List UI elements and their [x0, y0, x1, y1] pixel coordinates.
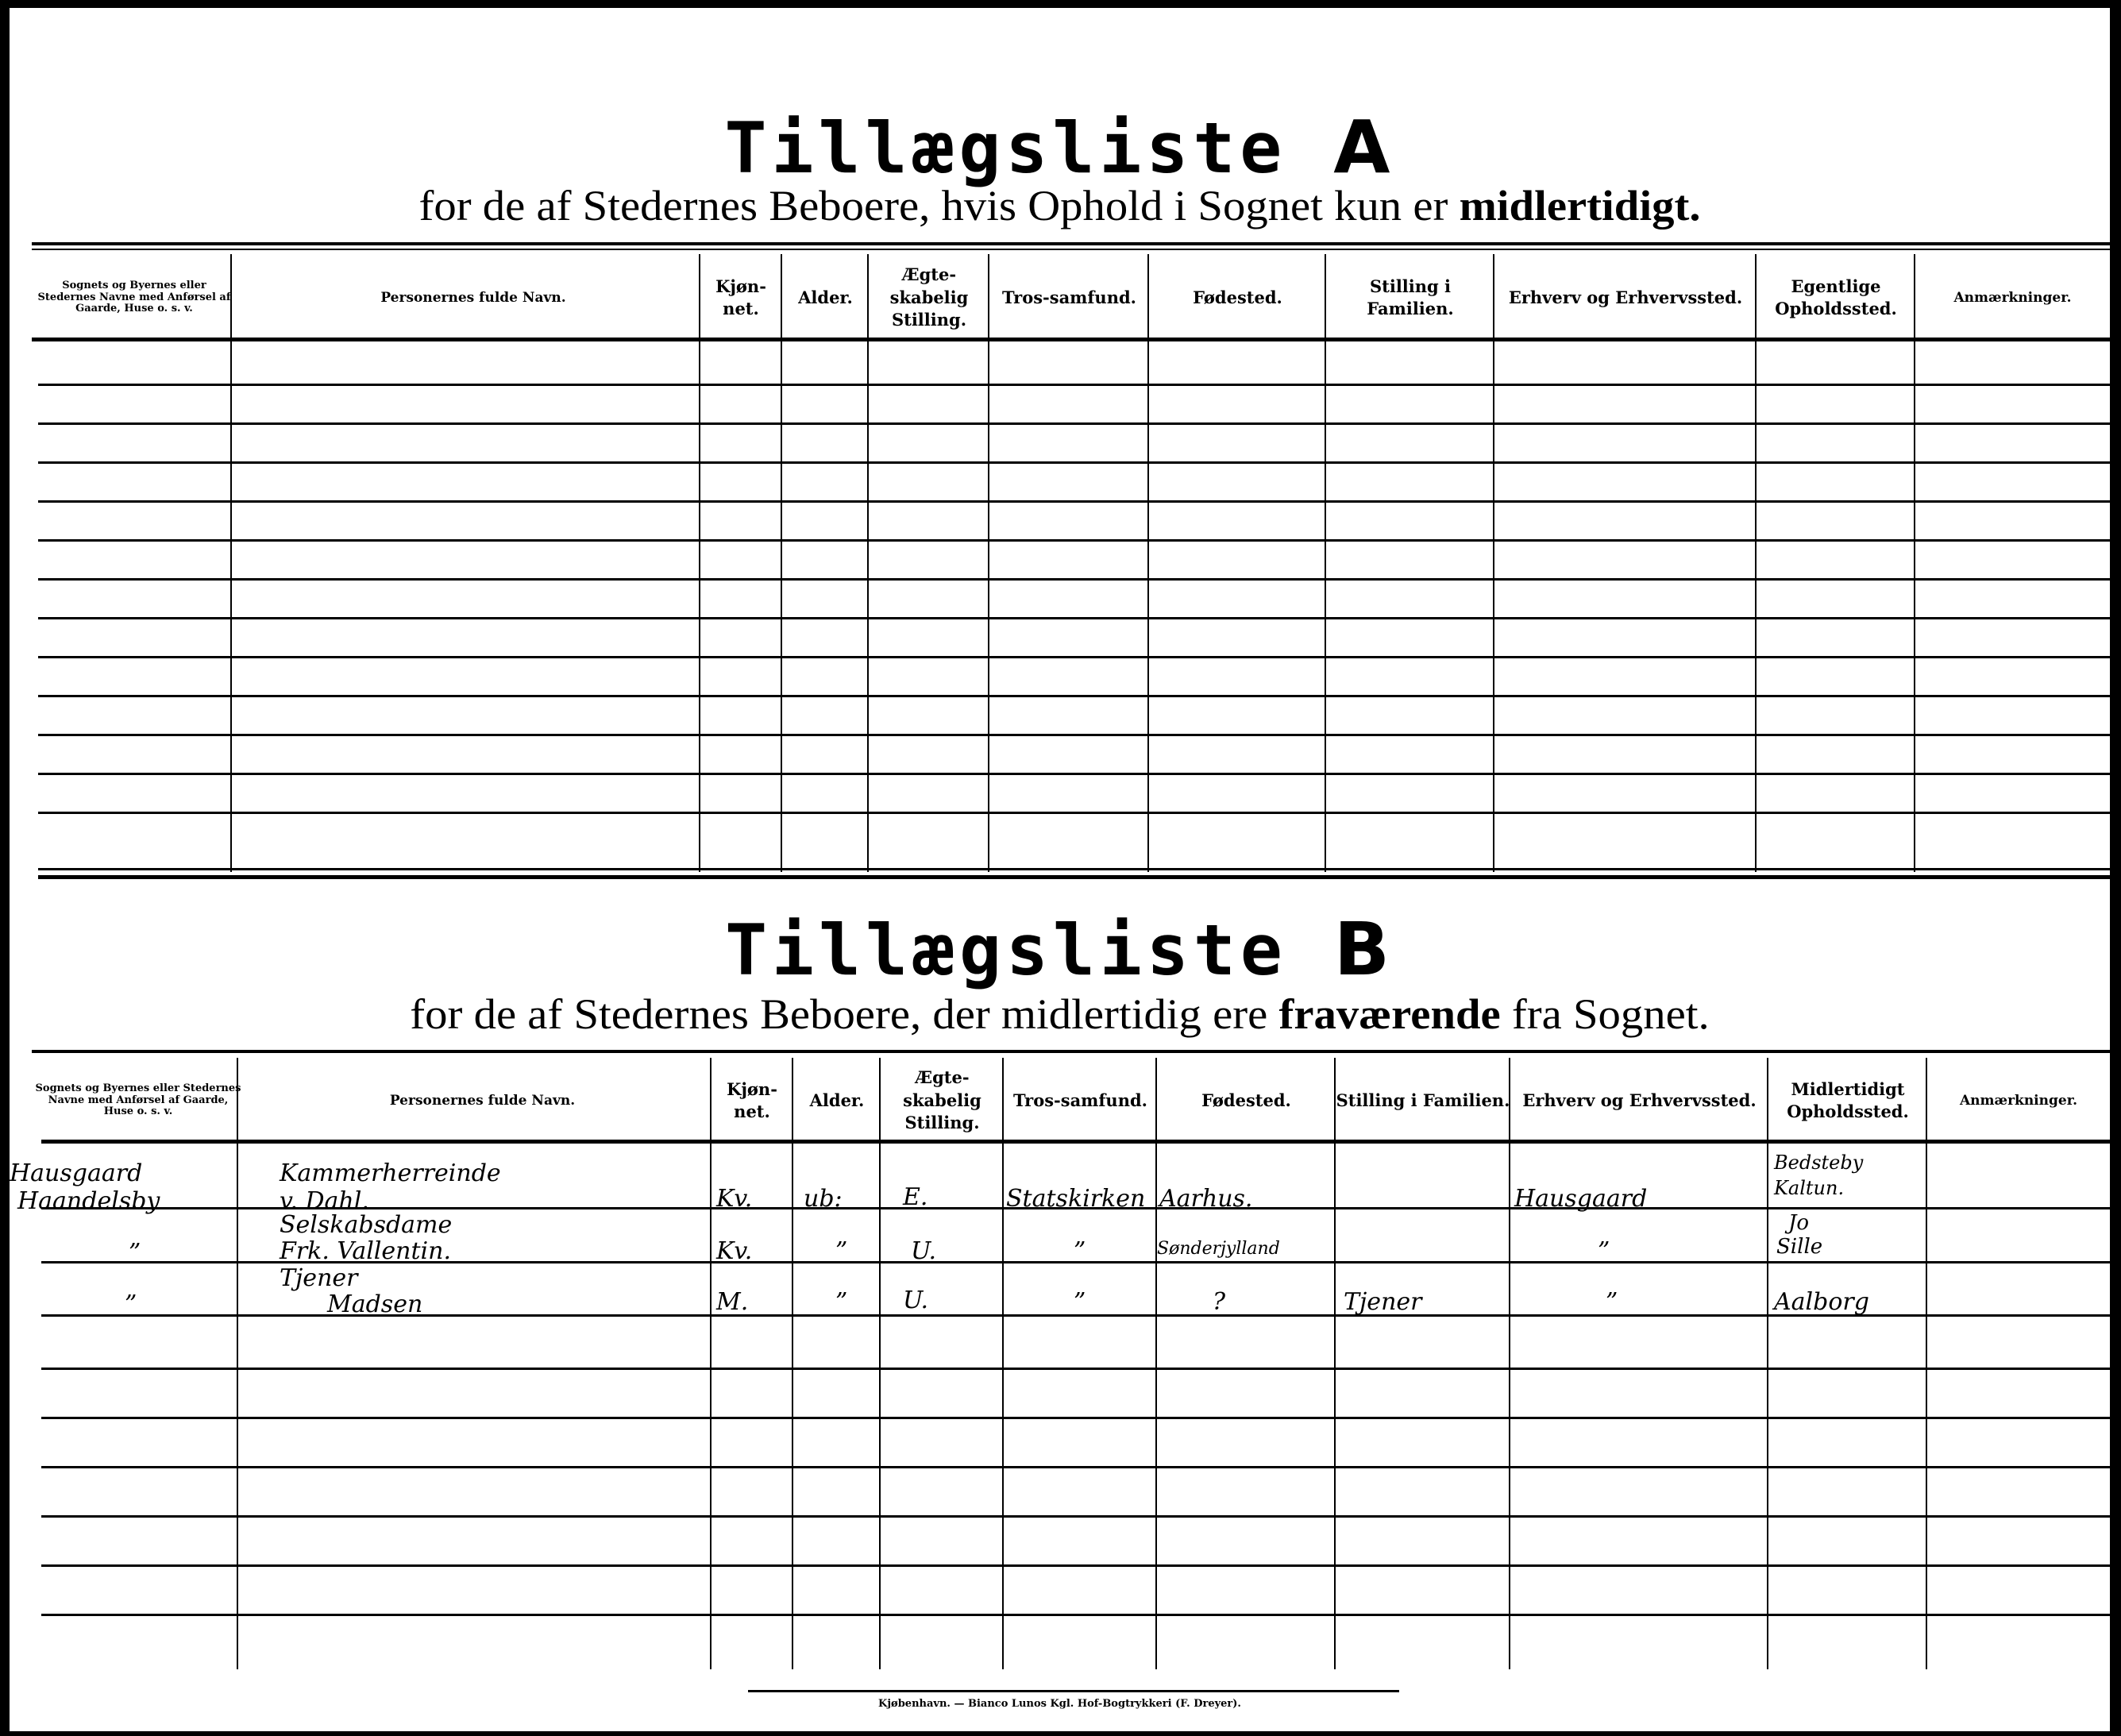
list-b-subtitle: for de af Stedernes Beboere, der midlert… [0, 993, 2121, 1036]
list-a-col-occupation: Erhverv og Erhvervssted. [1494, 258, 1757, 338]
list-b-row-line [41, 1515, 2110, 1518]
list-b-row-line [41, 1614, 2110, 1616]
list-a-row-line [38, 422, 2110, 425]
list-b-col-marital: Ægte-skabelig Stilling. [881, 1063, 1004, 1139]
row3-faith: ” [1074, 1288, 1086, 1316]
row2-temp-residence-line1: Jo [1788, 1211, 1809, 1235]
list-b-subtitle-bold: fraværende [1278, 990, 1500, 1038]
census-form-page: Tillægsliste A for de af Stedernes Beboe… [10, 8, 2110, 1731]
row2-occupation: ” [1598, 1237, 1610, 1265]
list-a-col-age: Alder. [782, 258, 869, 338]
list-a-col-residence: Egentlige Opholdssted. [1757, 258, 1915, 338]
list-a-row-line [38, 578, 2110, 581]
row2-marital: U. [911, 1237, 936, 1265]
list-a-row-line [38, 384, 2110, 386]
list-a-col-birthplace: Fødested. [1149, 258, 1326, 338]
list-b-title: Tillægsliste B [10, 913, 2110, 986]
list-a-row-line [38, 734, 2110, 736]
list-a-top-rule-thin [32, 249, 2110, 250]
list-b-row-line [41, 1368, 2110, 1370]
row1-sex: Kv. [716, 1185, 752, 1213]
list-b-vline [710, 1058, 711, 1669]
row1-marital: E. [903, 1183, 927, 1211]
list-a-col-family-position: Stilling i Familien. [1326, 258, 1494, 338]
list-a-top-rule [32, 242, 2110, 245]
row3-sex: M. [716, 1288, 748, 1316]
list-b-col-faith: Tros-samfund. [1004, 1063, 1157, 1139]
list-a-header-rule [32, 338, 2110, 341]
list-b-col-family-position: Stilling i Familien. [1336, 1063, 1510, 1139]
list-b-header-rule [41, 1140, 2110, 1144]
list-a-col-name: Personernes fulde Navn. [240, 258, 707, 338]
list-b-col-occupation: Erhverv og Erhvervssted. [1510, 1063, 1768, 1139]
printer-footer: Kjøbenhavn. — Bianco Lunos Kgl. Hof-Bogt… [10, 1698, 2110, 1710]
footer-rule [748, 1690, 1399, 1692]
list-b-col-remarks: Anmærkninger. [1927, 1063, 2110, 1139]
list-a-vline [1914, 254, 1915, 872]
list-b-vline [1926, 1058, 1927, 1669]
row2-faith: ” [1074, 1237, 1086, 1265]
list-b-row-line [41, 1417, 2110, 1419]
list-a-col-place: Sognets og Byernes eller Stedernes Navne… [32, 258, 237, 338]
list-a-row-line [38, 656, 2110, 658]
list-b-col-name: Personernes fulde Navn. [246, 1063, 719, 1139]
list-b-vline [237, 1058, 238, 1669]
row1-name-line1: Kammerherreinde [280, 1159, 501, 1187]
list-a-vline [1325, 254, 1326, 872]
list-a-title: Tillægsliste A [10, 111, 2110, 184]
row3-place: ” [125, 1290, 137, 1318]
row3-name-line1: Tjener [280, 1264, 357, 1292]
list-b-title-letter: B [1334, 907, 1394, 992]
row2-age: ” [835, 1237, 847, 1265]
list-b-vline [1002, 1058, 1004, 1669]
list-a-row-line [38, 500, 2110, 503]
list-b-title-text: Tillægsliste [725, 909, 1287, 991]
row3-occupation: ” [1606, 1288, 1618, 1316]
list-a-title-text: Tillægsliste [725, 107, 1287, 189]
list-a-bottom-rule-thick [38, 875, 2110, 879]
list-a-vline [988, 254, 989, 872]
list-a-vline [1755, 254, 1757, 872]
row1-faith: Statskirken [1006, 1185, 1145, 1213]
list-a-row-line [38, 773, 2110, 775]
list-b-row-line [41, 1466, 2110, 1468]
list-b-subtitle-text: for de af Stedernes Beboere, der midlert… [410, 990, 1278, 1038]
list-a-row-line [38, 617, 2110, 619]
list-a-col-faith: Tros-samfund. [989, 258, 1149, 338]
row2-name-line2: Frk. Vallentin. [280, 1237, 451, 1265]
row2-place: ” [129, 1239, 141, 1267]
row1-temp-residence-line1: Bedsteby [1774, 1152, 1863, 1174]
list-b-vline [1334, 1058, 1336, 1669]
list-b-col-birthplace: Fødested. [1157, 1063, 1336, 1139]
list-a-bottom-rule [38, 868, 2110, 870]
list-b-row-line [41, 1564, 2110, 1567]
row2-birthplace: Sønderjylland [1157, 1239, 1280, 1259]
row1-age: ub: [804, 1185, 843, 1213]
list-a-subtitle: for de af Stedernes Beboere, hvis Ophold… [0, 184, 2121, 227]
list-a-subtitle-bold: midlertidigt. [1460, 182, 1701, 230]
list-a-vline [781, 254, 782, 872]
list-b-vline [879, 1058, 881, 1669]
list-b-col-temp-residence: Midlertidigt Opholdssted. [1768, 1063, 1927, 1139]
row3-marital: U. [903, 1287, 928, 1314]
list-b-col-place: Sognets og Byernes eller Stedernes Navne… [32, 1063, 245, 1139]
row1-occupation: Hausgaard [1514, 1185, 1647, 1213]
row1-place-line1: Hausgaard [10, 1159, 142, 1187]
list-b-vline [792, 1058, 793, 1669]
list-b-col-sex: Kjøn-net. [711, 1063, 792, 1139]
list-b-top-rule [32, 1050, 2110, 1053]
list-a-vline [230, 254, 232, 872]
list-a-row-line [38, 539, 2110, 542]
list-a-title-letter: A [1333, 105, 1394, 190]
list-a-vline [867, 254, 869, 872]
row2-sex: Kv. [716, 1237, 752, 1265]
list-b-vline [1509, 1058, 1510, 1669]
row1-place-line2: Haandelsby [17, 1187, 160, 1215]
row3-birthplace: ? [1213, 1288, 1225, 1316]
list-a-col-sex: Kjøn-net. [700, 258, 781, 338]
row2-temp-residence-line2: Sille [1776, 1235, 1822, 1259]
list-b-subtitle-end: fra Sognet. [1501, 990, 1710, 1038]
row3-age: ” [835, 1288, 847, 1316]
list-b-col-age: Alder. [793, 1063, 881, 1139]
list-a-col-marital: Ægte-skabelig Stilling. [869, 258, 989, 338]
list-a-row-line [38, 461, 2110, 464]
row3-temp-residence: Aalborg [1774, 1288, 1869, 1316]
row1-birthplace: Aarhus. [1159, 1185, 1252, 1213]
list-a-vline [1493, 254, 1494, 872]
row3-family-position: Tjener [1344, 1288, 1421, 1316]
list-a-subtitle-text: for de af Stedernes Beboere, hvis Ophold… [418, 182, 1459, 230]
row3-name-line2: Madsen [327, 1290, 422, 1318]
list-a-vline [1147, 254, 1149, 872]
list-a-vline [699, 254, 700, 872]
list-a-col-remarks: Anmærkninger. [1915, 258, 2110, 338]
row2-name-line1: Selskabsdame [280, 1211, 452, 1239]
list-b-vline [1767, 1058, 1768, 1669]
list-b-vline [1155, 1058, 1157, 1669]
list-a-row-line [38, 695, 2110, 697]
row1-temp-residence-line2: Kaltun. [1774, 1177, 1844, 1199]
list-a-row-line [38, 812, 2110, 814]
